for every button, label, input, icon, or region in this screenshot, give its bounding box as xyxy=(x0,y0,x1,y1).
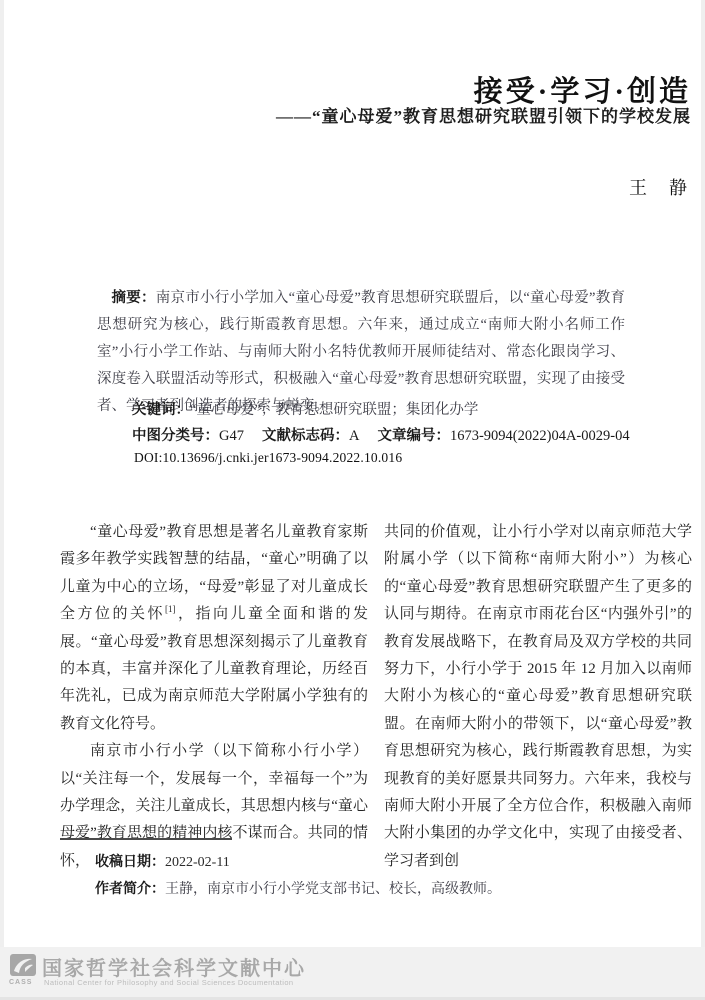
cass-acronym: CASS xyxy=(9,979,32,986)
footer-center-name-cn: 国家哲学社会科学文献中心 xyxy=(42,952,306,981)
clc-label: 中图分类号： xyxy=(132,428,219,444)
keywords-text: “童心母爱”；教育思想研究联盟；集团化办学 xyxy=(190,402,478,418)
body-paragraph: 共同的价值观，让小行小学对以南京师范大学附属小学（以下简称“南师大附小”）为核心… xyxy=(384,519,692,875)
keywords-line: 关键词：“童心母爱”；教育思想研究联盟；集团化办学 xyxy=(132,398,478,419)
author-bio-label: 作者简介： xyxy=(95,880,165,896)
abstract-label: 摘要： xyxy=(112,290,156,306)
body-column-left: “童心母爱”教育思想是著名儿童教育家斯霞多年教学实践智慧的结晶，“童心”明确了以… xyxy=(60,519,368,875)
received-date-label: 收稿日期： xyxy=(95,853,165,869)
doi-line: DOI:10.13696/j.cnki.jer1673-9094.2022.10… xyxy=(134,450,402,466)
author-bio-line: 作者简介：王静，南京市小行小学党支部书记、校长，高级教师。 xyxy=(95,878,501,898)
cass-logo-icon xyxy=(10,954,36,978)
article-no-label: 文章编号： xyxy=(377,428,450,444)
paper-page: 接受·学习·创造 ——“童心母爱”教育思想研究联盟引领下的学校发展 王 静 摘要… xyxy=(0,0,705,1000)
paragraph-text: ，指向儿童全面和谐的发展。“童心母爱”教育思想深刻揭示了儿童教育的本真，丰富并深… xyxy=(60,606,368,732)
abstract-text: 南京市小行小学加入“童心母爱”教育思想研究联盟后，以“童心母爱”教育思想研究为核… xyxy=(97,290,625,414)
body-column-right: 共同的价值观，让小行小学对以南京师范大学附属小学（以下简称“南师大附小”）为核心… xyxy=(384,519,692,875)
received-date-line: 收稿日期：2022-02-11 xyxy=(95,851,230,871)
body-paragraph: “童心母爱”教育思想是著名儿童教育家斯霞多年教学实践智慧的结晶，“童心”明确了以… xyxy=(60,519,368,738)
footer-center-name-en: National Center for Philosophy and Socia… xyxy=(44,978,293,987)
clc-value: G47 xyxy=(219,428,244,444)
doc-code-label: 文献标志码： xyxy=(262,428,349,444)
article-no-value: 1673-9094(2022)04A-0029-04 xyxy=(450,428,630,444)
author-name: 王 静 xyxy=(629,174,689,200)
page-edge-right xyxy=(701,0,705,1000)
paper-subtitle: ——“童心母爱”教育思想研究联盟引领下的学校发展 xyxy=(276,102,691,127)
footnote-rule xyxy=(60,838,232,840)
footer-band: CASS 国家哲学社会科学文献中心 National Center for Ph… xyxy=(0,947,705,1000)
doc-code-value: A xyxy=(349,428,359,444)
author-bio-value: 王静，南京市小行小学党支部书记、校长，高级教师。 xyxy=(165,882,501,897)
footnote-ref: [1] xyxy=(165,604,176,614)
received-date-value: 2022-02-11 xyxy=(165,855,230,870)
keywords-label: 关键词： xyxy=(132,402,190,418)
classification-line: 中图分类号：G47文献标志码：A文章编号：1673-9094(2022)04A-… xyxy=(132,424,630,445)
page-edge-left xyxy=(0,0,4,1000)
